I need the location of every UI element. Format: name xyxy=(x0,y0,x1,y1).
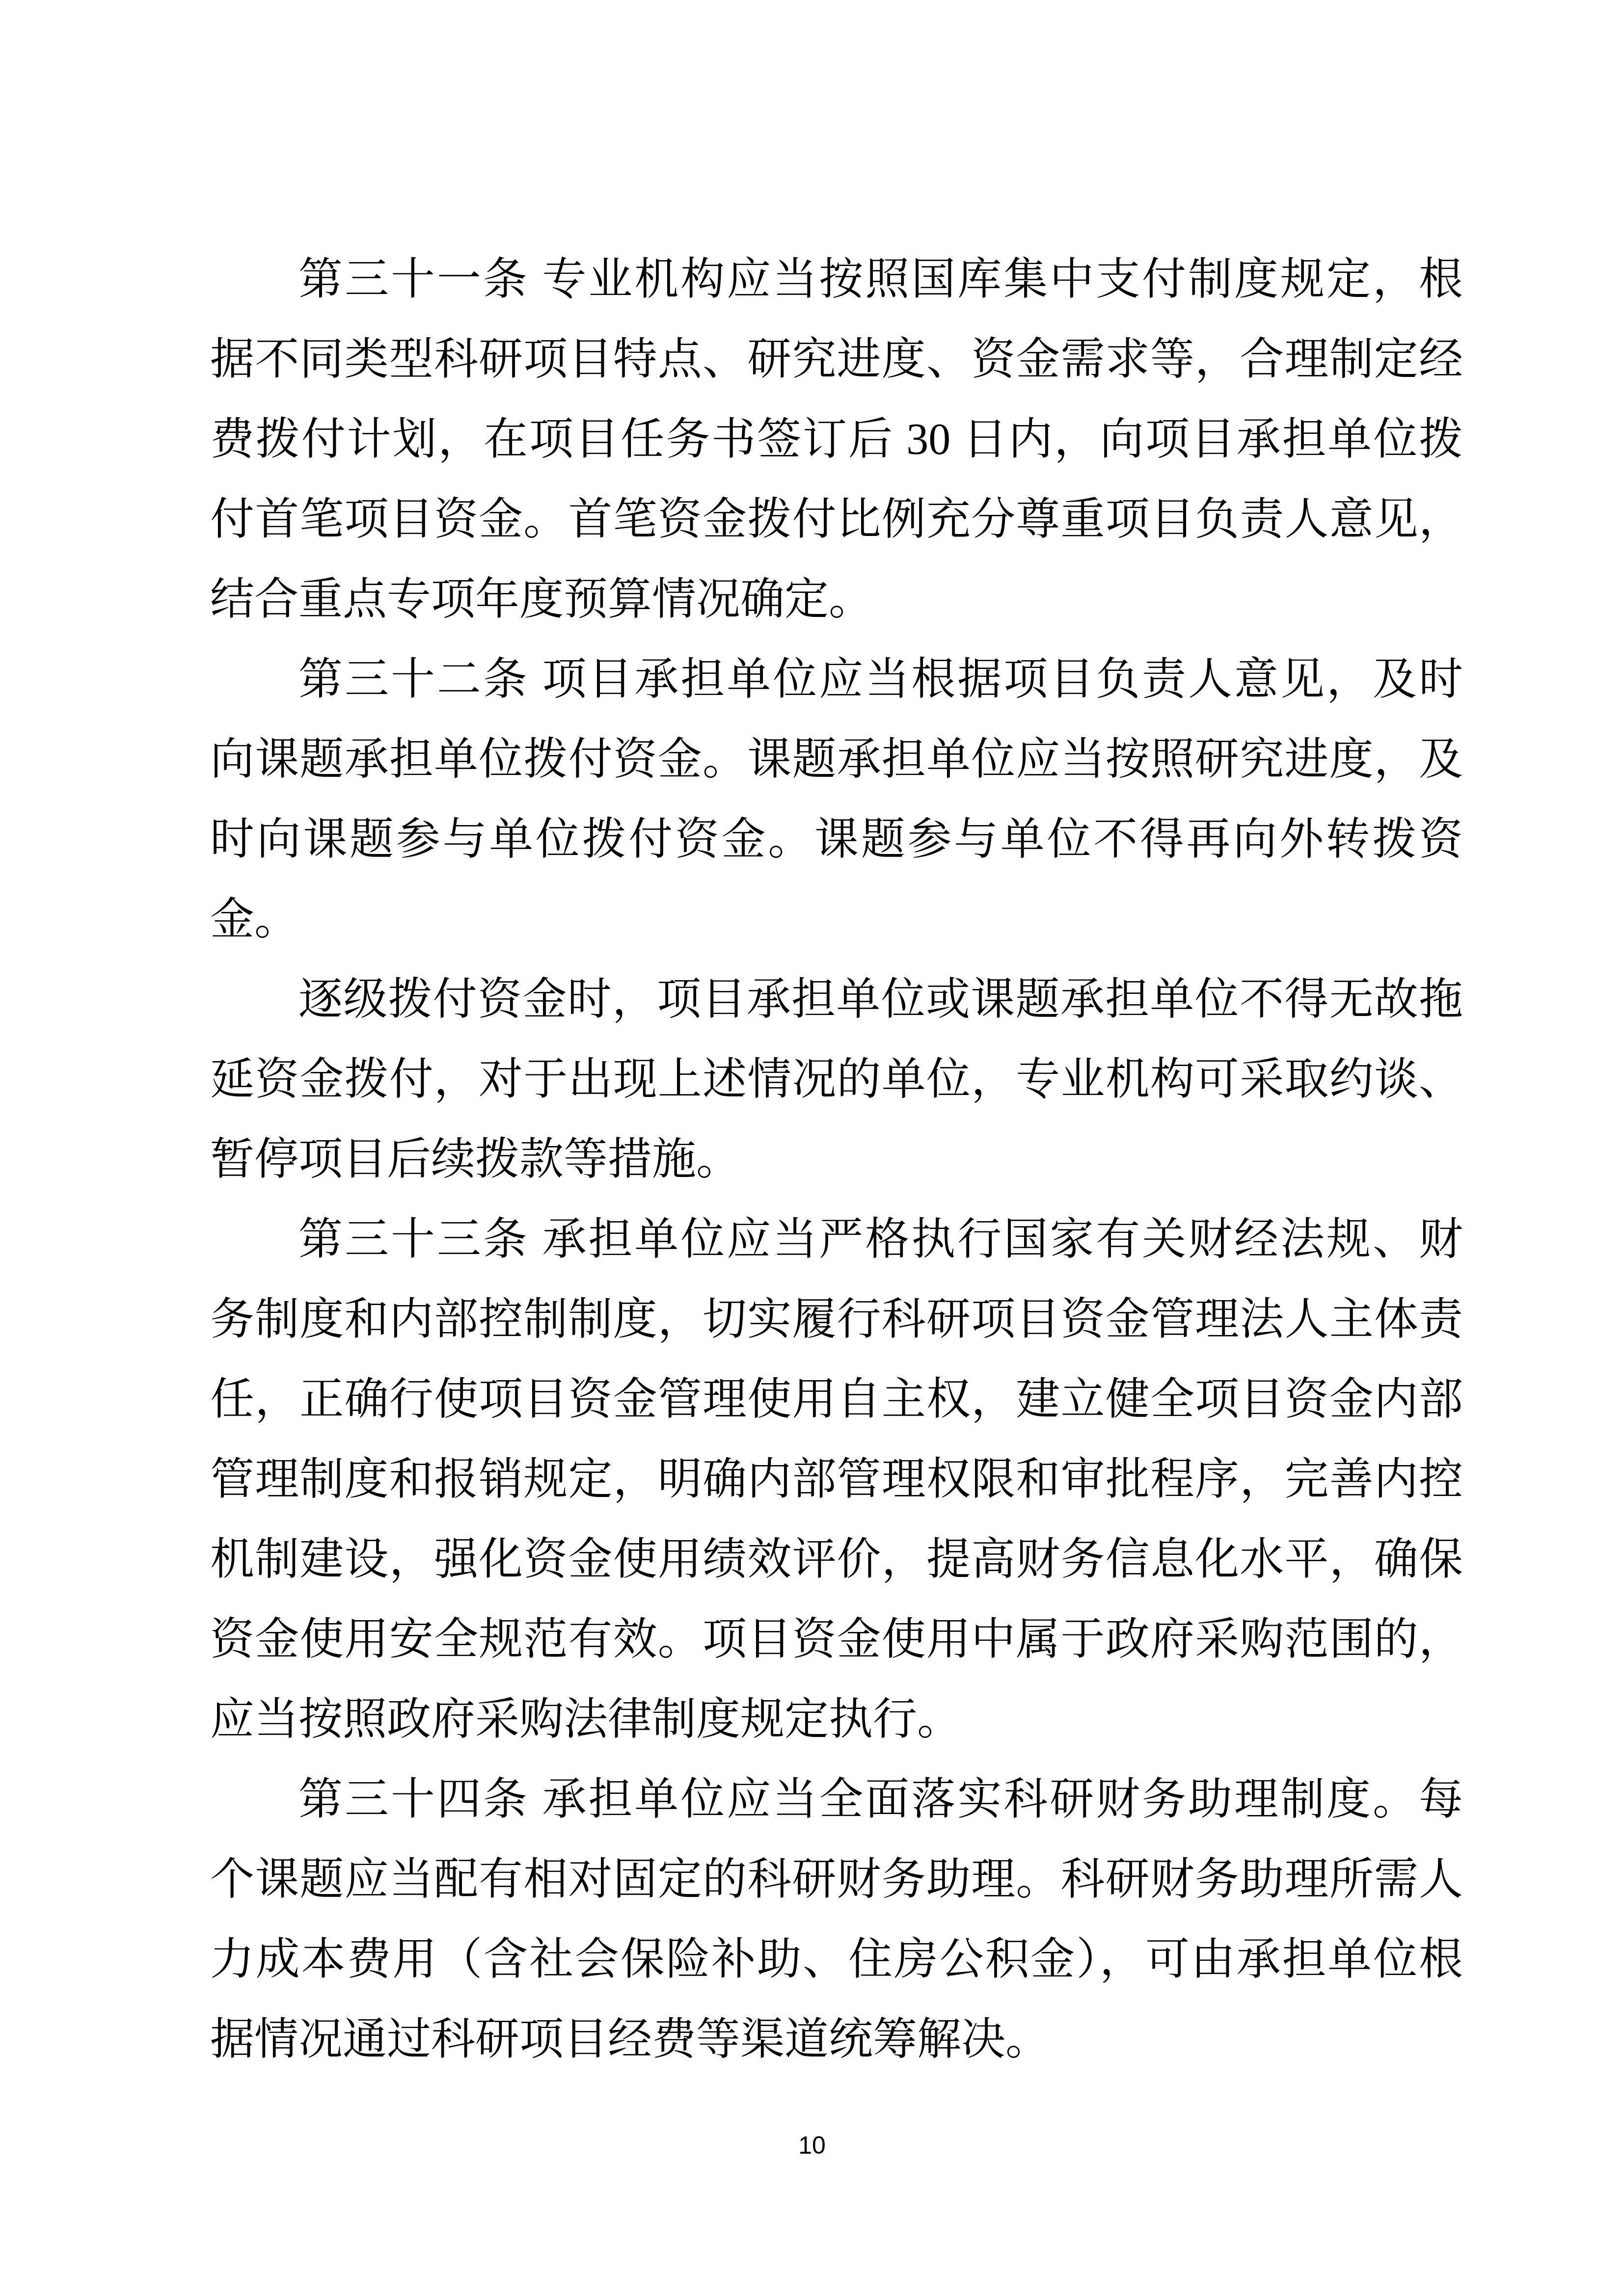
text-line: 第三十三条 承担单位应当严格执行国家有关财经法规、财 xyxy=(210,1200,1463,1280)
text-line: 时向课题参与单位拨付资金。课题参与单位不得再向外转拨资 xyxy=(210,800,1463,880)
text-line: 第三十一条 专业机构应当按照国库集中支付制度规定，根 xyxy=(210,240,1463,320)
text-line: 务制度和内部控制制度，切实履行科研项目资金管理法人主体责 xyxy=(210,1280,1463,1360)
text-line: 第三十二条 项目承担单位应当根据项目负责人意见，及时 xyxy=(210,640,1463,720)
text-line: 暂停项目后续拨款等措施。 xyxy=(210,1120,1463,1200)
text-line: 逐级拨付资金时，项目承担单位或课题承担单位不得无故拖 xyxy=(210,960,1463,1040)
text-line: 据情况通过科研项目经费等渠道统筹解决。 xyxy=(210,2000,1463,2080)
text-line: 向课题承担单位拨付资金。课题承担单位应当按照研究进度，及 xyxy=(210,720,1463,800)
text-line: 第三十四条 承担单位应当全面落实科研财务助理制度。每 xyxy=(210,1760,1463,1840)
text-line: 延资金拨付，对于出现上述情况的单位，专业机构可采取约谈、 xyxy=(210,1040,1463,1120)
text-line: 应当按照政府采购法律制度规定执行。 xyxy=(210,1680,1463,1760)
text-line: 任，正确行使项目资金管理使用自主权，建立健全项目资金内部 xyxy=(210,1360,1463,1440)
text-line: 金。 xyxy=(210,880,1463,960)
document-page: { "page": { "number": "10", "background_… xyxy=(0,0,1624,2296)
text-line: 管理制度和报销规定，明确内部管理权限和审批程序，完善内控 xyxy=(210,1440,1463,1520)
text-line: 费拨付计划，在项目任务书签订后 30 日内，向项目承担单位拨 xyxy=(210,400,1463,480)
page-number: 10 xyxy=(0,2132,1624,2159)
text-line: 力成本费用（含社会保险补助、住房公积金），可由承担单位根 xyxy=(210,1920,1463,2000)
text-line: 结合重点专项年度预算情况确定。 xyxy=(210,560,1463,640)
text-line: 资金使用安全规范有效。项目资金使用中属于政府采购范围的， xyxy=(210,1600,1463,1680)
text-line: 个课题应当配有相对固定的科研财务助理。科研财务助理所需人 xyxy=(210,1840,1463,1920)
text-line: 付首笔项目资金。首笔资金拨付比例充分尊重项目负责人意见， xyxy=(210,480,1463,560)
document-body: 第三十一条 专业机构应当按照国库集中支付制度规定，根据不同类型科研项目特点、研究… xyxy=(210,240,1463,2080)
text-line: 机制建设，强化资金使用绩效评价，提高财务信息化水平，确保 xyxy=(210,1520,1463,1600)
text-line: 据不同类型科研项目特点、研究进度、资金需求等，合理制定经 xyxy=(210,320,1463,400)
